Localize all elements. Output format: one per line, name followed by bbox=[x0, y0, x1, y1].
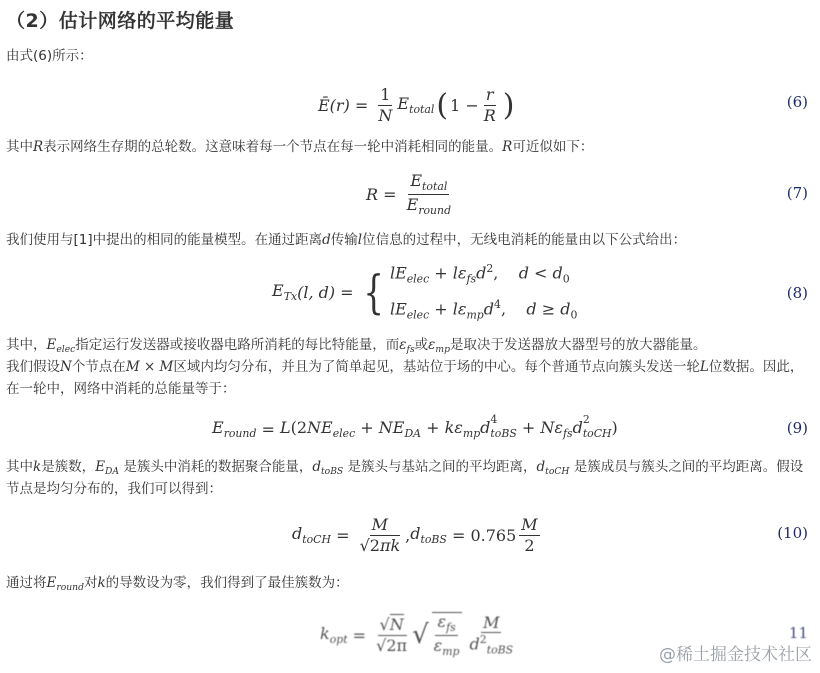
paragraph-assumption: 我们假设N个节点在M × M区域内均匀分布，并且为了简单起见，基站位于场的中心。… bbox=[6, 356, 803, 378]
equation-8: ETx (l, d) = { lEelec + lεfsd2, d < d0 l… bbox=[272, 262, 577, 322]
section-heading: （2）估计网络的平均能量 bbox=[6, 6, 234, 33]
equation-number-10: (10) bbox=[777, 524, 808, 542]
equation-number-7: (7) bbox=[787, 184, 808, 202]
equation-number-6: (6) bbox=[787, 93, 808, 111]
paragraph-intro: 由式(6)所示： bbox=[6, 45, 93, 67]
paragraph-derivative: 通过将Eround对k的导数设为零，我们得到了最佳簇数为： bbox=[6, 572, 349, 599]
equation-number-8: (8) bbox=[787, 284, 808, 302]
paragraph-rounds: 其中R表示网络生存期的总轮数。这意味着每一个节点在每一轮中消耗相同的能量。R可近… bbox=[6, 136, 593, 158]
math-lhs: Ē(r) bbox=[318, 96, 350, 115]
watermark: @稀土掘金技术社区 bbox=[659, 640, 812, 665]
equation-10: dtoCH = M√2πk ,dtoBS = 0.765 M2 bbox=[292, 510, 543, 560]
equation-number-9: (9) bbox=[787, 419, 808, 437]
paragraph-energy-model: 我们使用与[1]中提出的相同的能量模型。在通过距离d传输l位信息的过程中，无线电… bbox=[6, 229, 686, 251]
text: 由式(6)所示： bbox=[6, 48, 93, 64]
equation-9: Eround = L(2NEelec + NEDA + kεmpd4toBS +… bbox=[212, 414, 618, 444]
equation-7: R = EtotalEround bbox=[366, 170, 456, 218]
equation-11: kopt = √N√2π √εfsεmp Md2toBS bbox=[320, 610, 518, 660]
equation-6: Ē(r) = 1N Etotal (1 − rR ) bbox=[318, 80, 516, 130]
paragraph-total-energy: 在一轮中，网络中消耗的总能量等于： bbox=[6, 378, 236, 400]
paragraph-uniform: 节点是均匀分布的，我们可以得到： bbox=[6, 478, 222, 500]
fraction: 1N bbox=[376, 86, 394, 124]
